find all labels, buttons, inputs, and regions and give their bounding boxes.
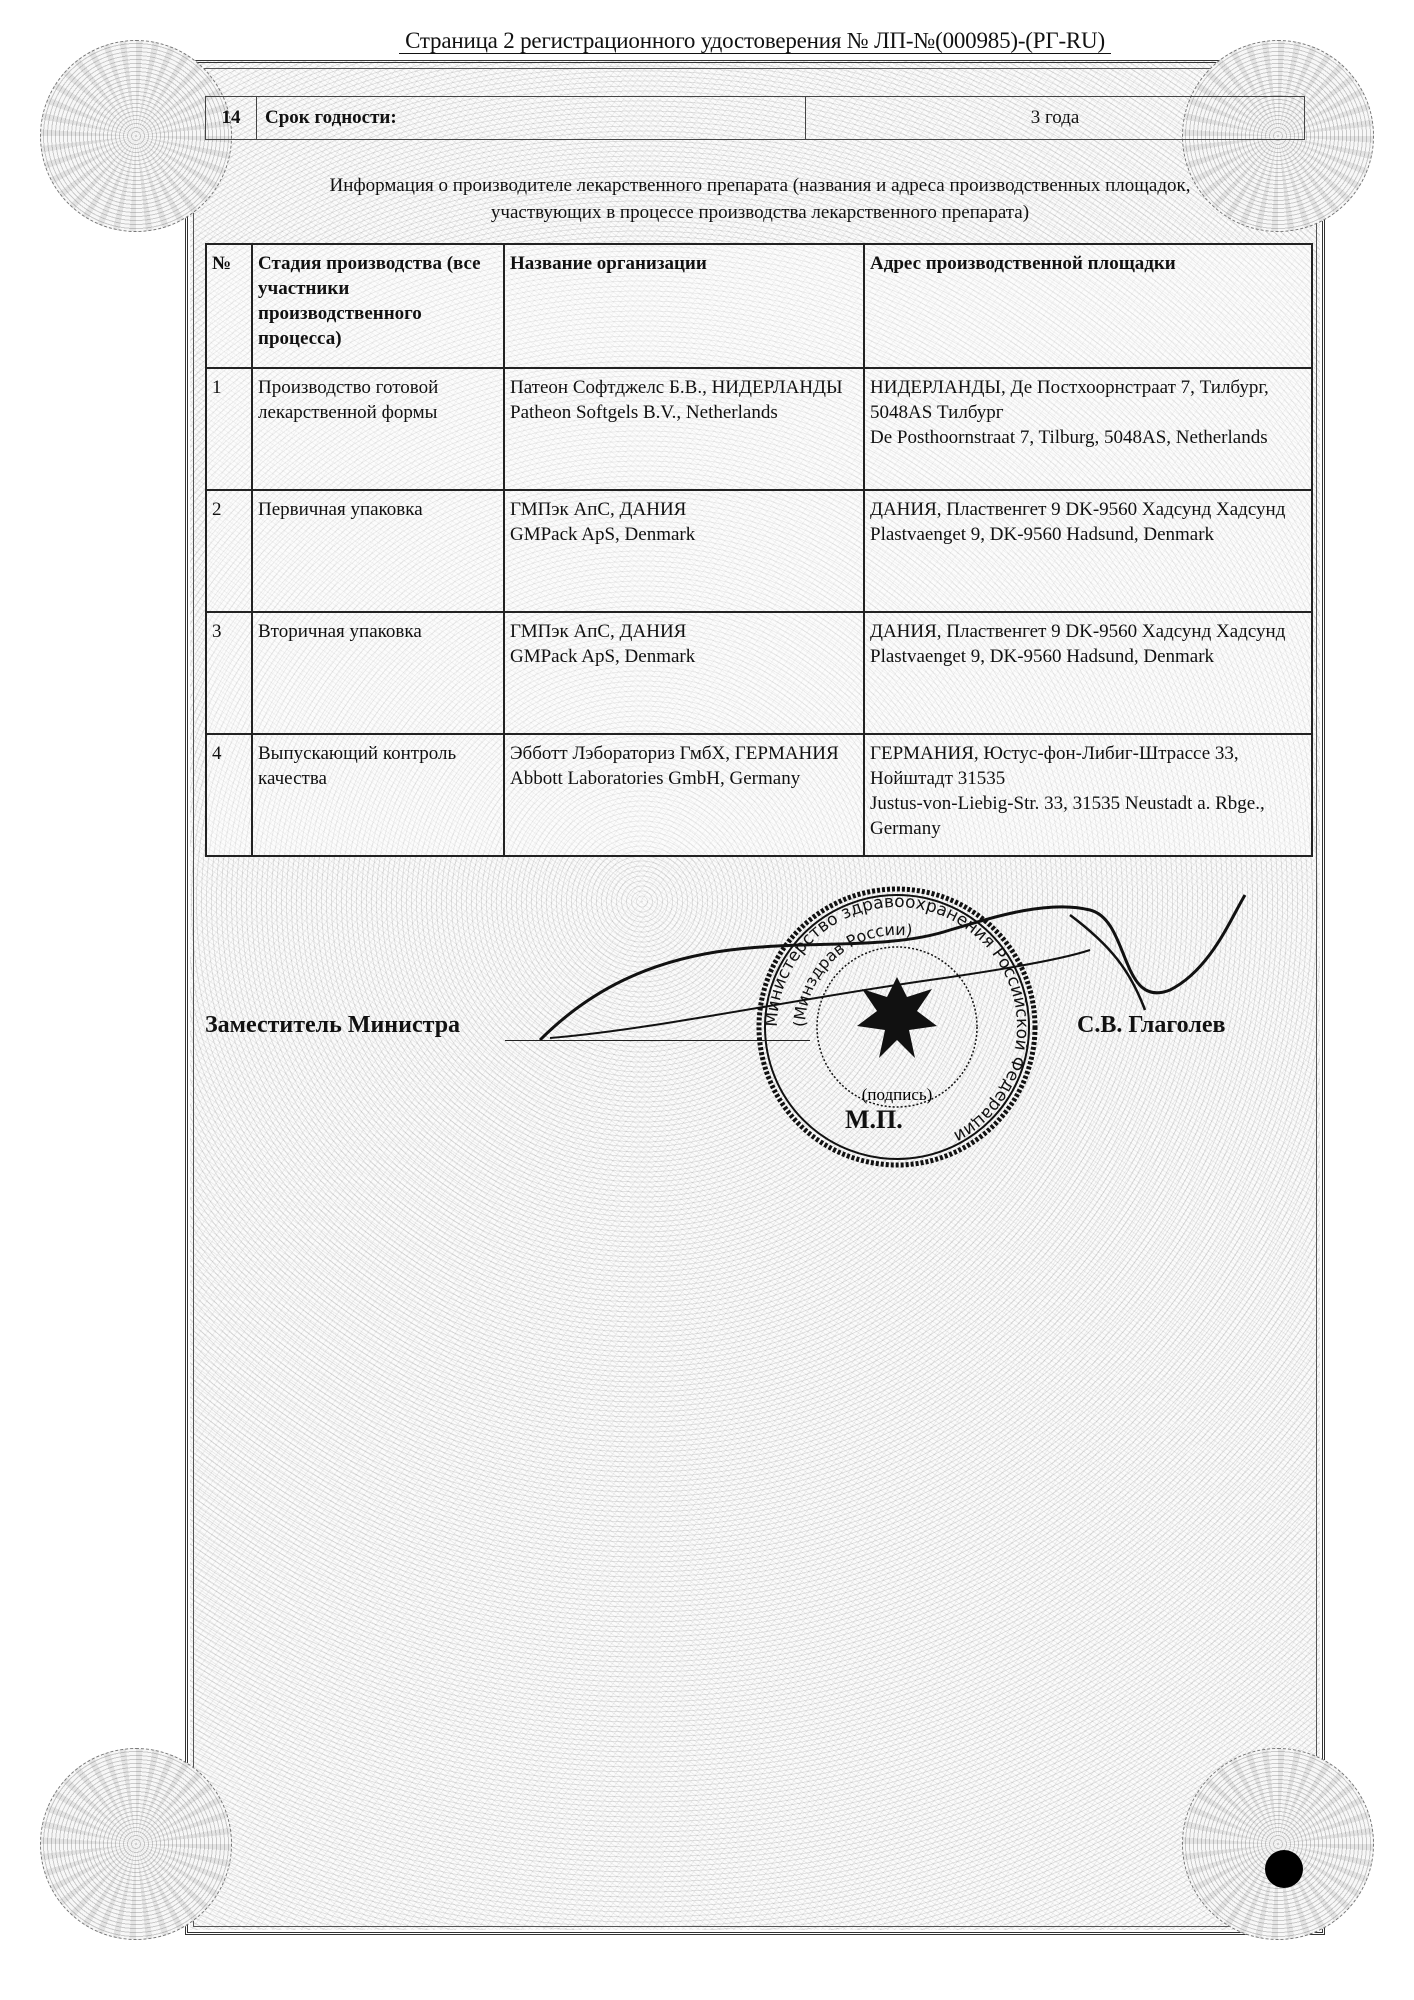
header-number: № [206, 244, 252, 368]
row-stage: Первичная упаковка [252, 490, 504, 612]
header-address: Адрес производственной площадки [864, 244, 1312, 368]
address-line: ГЕРМАНИЯ, Юстус-фон-Либиг-Штрассе 33, Но… [870, 741, 1306, 791]
table-row: 2Первичная упаковкаГМПэк АпС, ДАНИЯGMPac… [206, 490, 1312, 612]
organization-line: Abbott Laboratories GmbH, Germany [510, 766, 858, 791]
signatory-title: Заместитель Министра [205, 1012, 460, 1039]
manufacturer-info-intro: Информация о производителе лекарственног… [205, 172, 1315, 226]
corner-rosette-icon [1182, 1748, 1374, 1940]
seal-mark: М.П. [845, 1105, 903, 1135]
organization-line: Патеон Софтджелс Б.В., НИДЕРЛАНДЫ [510, 375, 858, 400]
table-row: 3Вторичная упаковкаГМПэк АпС, ДАНИЯGMPac… [206, 612, 1312, 734]
organization-line: Patheon Softgels B.V., Netherlands [510, 400, 858, 425]
shelf-life-label: Срок годности: [257, 97, 806, 139]
svg-text:(подпись): (подпись) [862, 1085, 933, 1104]
address-line: Justus-von-Liebig-Str. 33, 31535 Neustad… [870, 791, 1306, 841]
header-stage: Стадия производства (все участники произ… [252, 244, 504, 368]
organization-line: GMPack ApS, Denmark [510, 644, 858, 669]
table-row: 4Выпускающий контроль качестваЭбботт Лэб… [206, 734, 1312, 856]
address-line: ДАНИЯ, Плаственгет 9 DK-9560 Хадсунд Хад… [870, 619, 1306, 644]
shelf-life-row: 14 Срок годности: 3 года [205, 96, 1305, 140]
signatory-name: С.В. Глаголев [1077, 1012, 1225, 1039]
page-header-title: Страница 2 регистрационного удостоверени… [399, 28, 1111, 54]
row-organization: ГМПэк АпС, ДАНИЯGMPack ApS, Denmark [504, 490, 864, 612]
row-number: 2 [206, 490, 252, 612]
row-stage: Производство готовой лекарственной формы [252, 368, 504, 490]
row-address: НИДЕРЛАНДЫ, Де Постхоорнстраат 7, Тилбур… [864, 368, 1312, 490]
row-organization: Эбботт Лэбораториз ГмбХ, ГЕРМАНИЯAbbott … [504, 734, 864, 856]
signature-block: Заместитель Министра С.В. Глаголев [205, 1012, 1315, 1062]
row-organization: ГМПэк АпС, ДАНИЯGMPack ApS, Denmark [504, 612, 864, 734]
organization-line: ГМПэк АпС, ДАНИЯ [510, 497, 858, 522]
table-row: 1Производство готовой лекарственной форм… [206, 368, 1312, 490]
row-number: 3 [206, 612, 252, 734]
row-number: 4 [206, 734, 252, 856]
address-line: Plastvaenget 9, DK-9560 Hadsund, Denmark [870, 522, 1306, 547]
header-organization: Название организации [504, 244, 864, 368]
address-line: НИДЕРЛАНДЫ, Де Постхоорнстраат 7, Тилбур… [870, 375, 1306, 425]
table-header-row: № Стадия производства (все участники про… [206, 244, 1312, 368]
corner-rosette-icon [40, 1748, 232, 1940]
organization-line: GMPack ApS, Denmark [510, 522, 858, 547]
shelf-life-number: 14 [206, 97, 257, 139]
organization-line: Эбботт Лэбораториз ГмбХ, ГЕРМАНИЯ [510, 741, 858, 766]
row-stage: Выпускающий контроль качества [252, 734, 504, 856]
row-address: ГЕРМАНИЯ, Юстус-фон-Либиг-Штрассе 33, Но… [864, 734, 1312, 856]
row-address: ДАНИЯ, Плаственгет 9 DK-9560 Хадсунд Хад… [864, 490, 1312, 612]
address-line: Plastvaenget 9, DK-9560 Hadsund, Denmark [870, 644, 1306, 669]
black-dot-mark [1265, 1850, 1303, 1888]
row-stage: Вторичная упаковка [252, 612, 504, 734]
row-address: ДАНИЯ, Плаственгет 9 DK-9560 Хадсунд Хад… [864, 612, 1312, 734]
shelf-life-value: 3 года [806, 107, 1304, 129]
address-line: De Posthoornstraat 7, Tilburg, 5048AS, N… [870, 425, 1306, 450]
intro-line-2: участвующих в процессе производства лека… [205, 199, 1315, 226]
manufacturers-table: № Стадия производства (все участники про… [205, 243, 1313, 857]
corner-rosette-icon [40, 40, 232, 232]
organization-line: ГМПэк АпС, ДАНИЯ [510, 619, 858, 644]
address-line: ДАНИЯ, Плаственгет 9 DK-9560 Хадсунд Хад… [870, 497, 1306, 522]
page-header: Страница 2 регистрационного удостоверени… [190, 28, 1320, 54]
row-number: 1 [206, 368, 252, 490]
intro-line-1: Информация о производителе лекарственног… [205, 172, 1315, 199]
row-organization: Патеон Софтджелс Б.В., НИДЕРЛАНДЫPatheon… [504, 368, 864, 490]
